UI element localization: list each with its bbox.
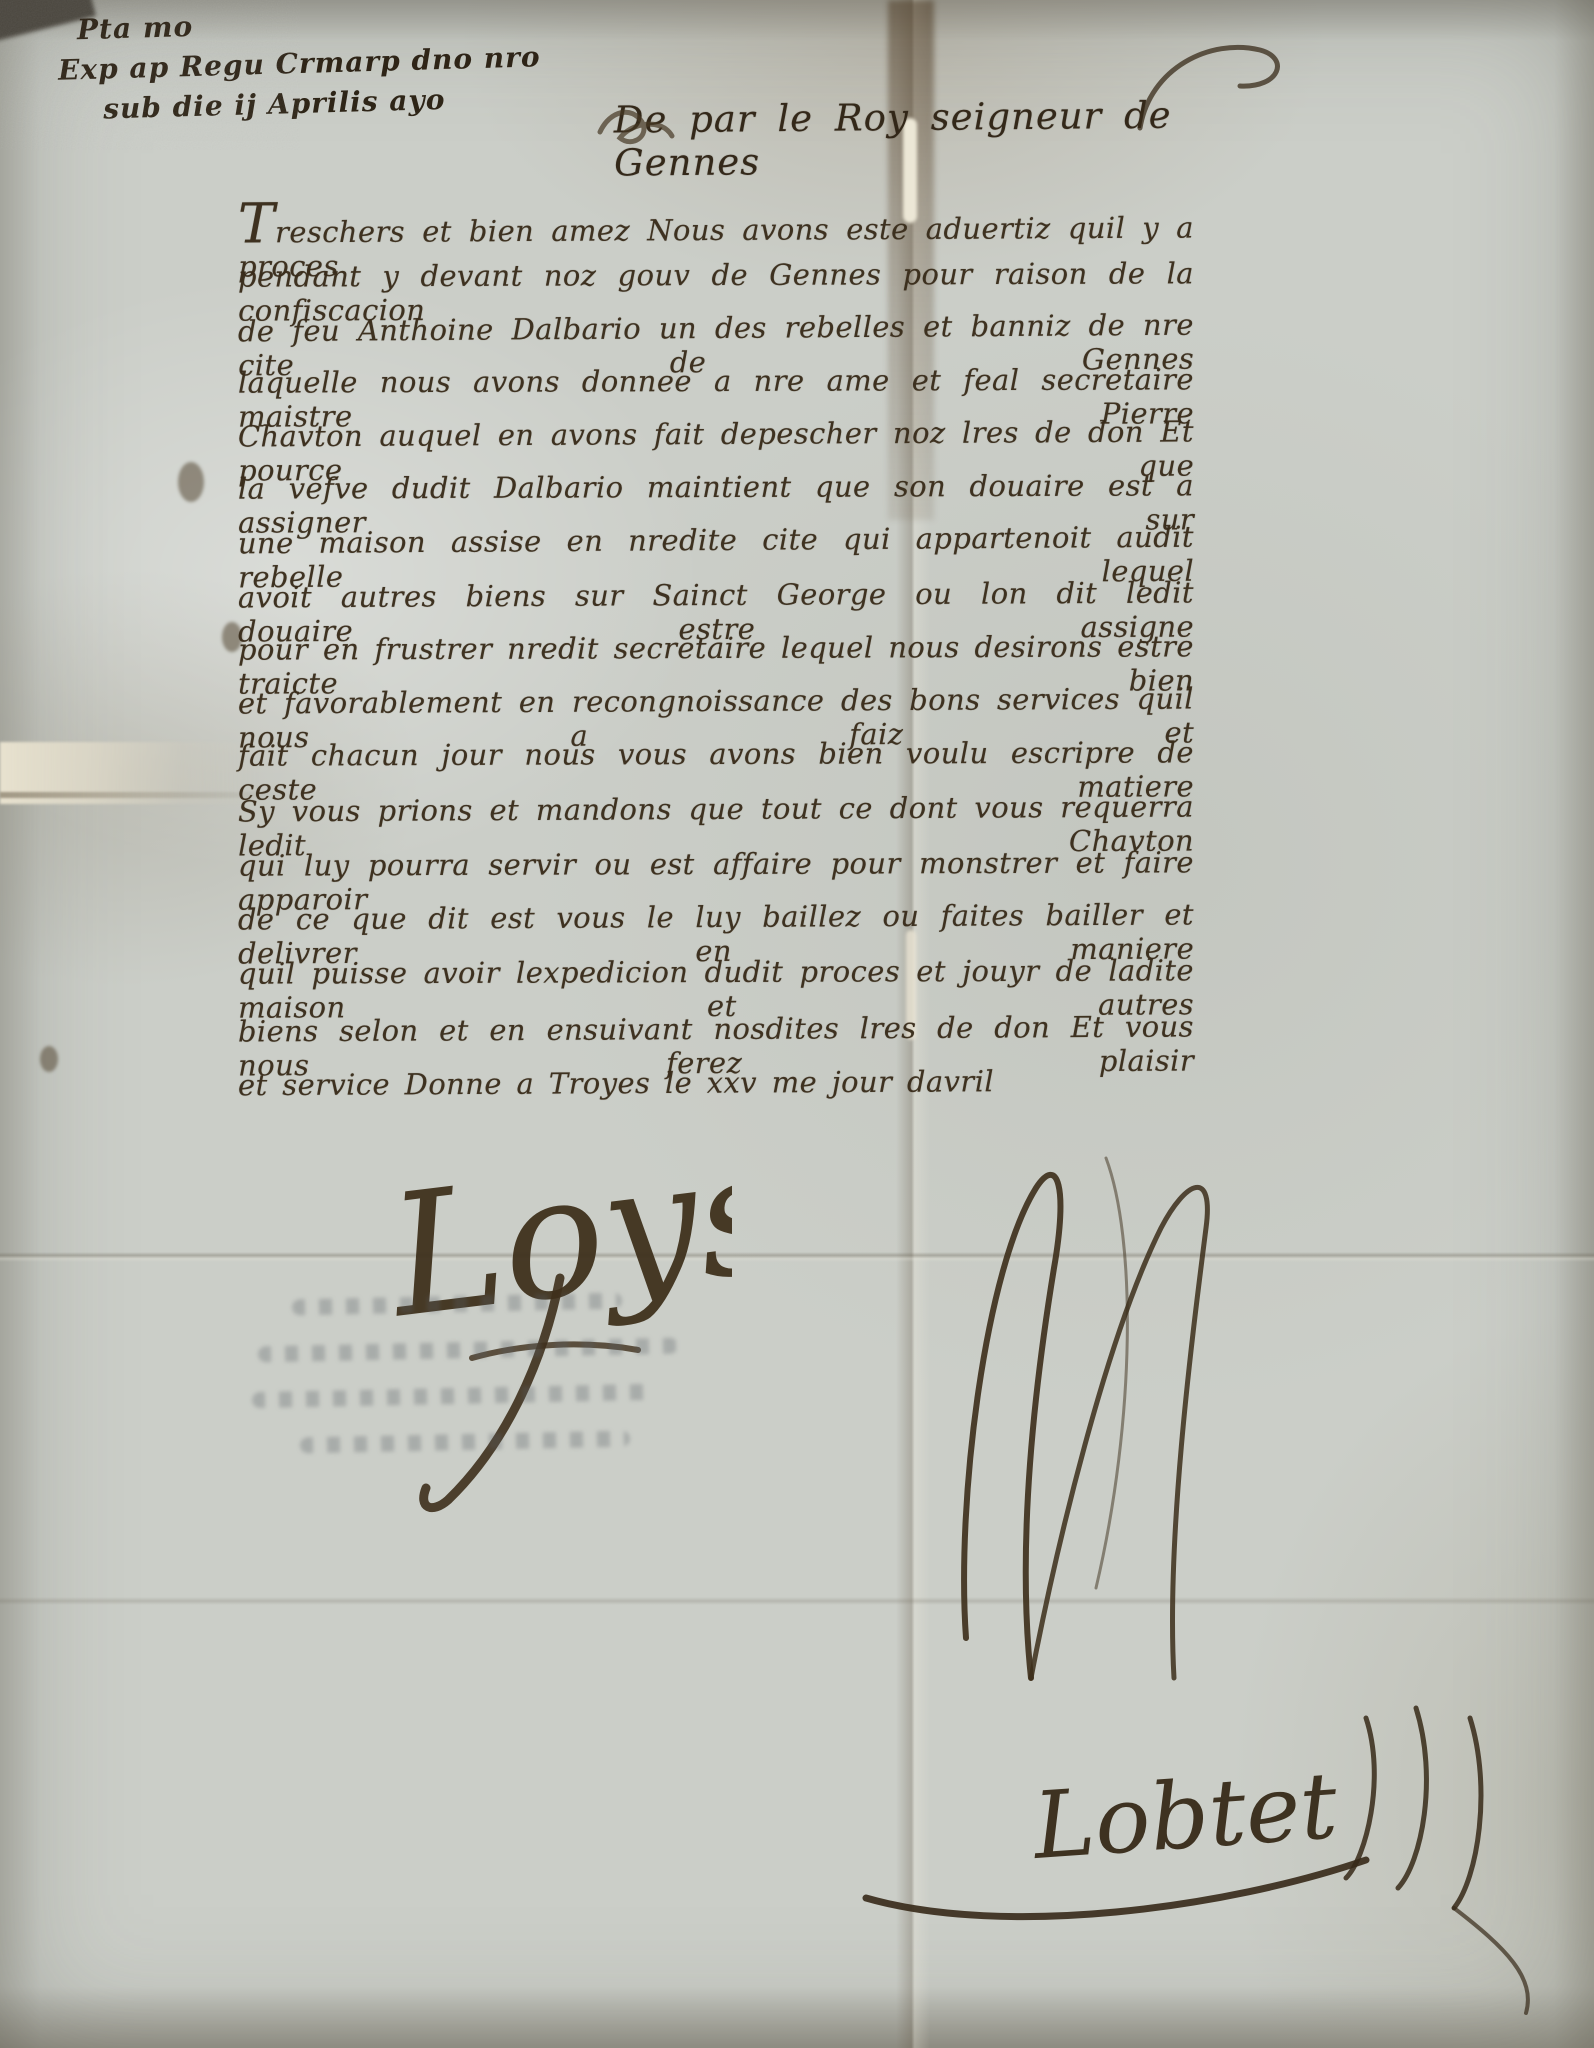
- docket-tail-flourish: [592, 92, 682, 162]
- manuscript-page-photo: Pta mo Exp ap Regu Crmarp dno nro sub di…: [0, 0, 1594, 2048]
- royal-signature: Loys: [352, 1108, 732, 1528]
- paraph-hairline: [1096, 1158, 1127, 1588]
- archival-docket: Pta mo Exp ap Regu Crmarp dno nro sub di…: [56, 0, 542, 131]
- paper-chip: [178, 462, 204, 502]
- body-line-dateline: et service Donne a Troyes le xxv me jour…: [238, 1064, 1078, 1102]
- letter-heading: De par le Roy seigneur de Gennes: [614, 93, 1201, 184]
- paper-chip: [40, 1046, 58, 1072]
- secretary-paraph: Lobtet: [806, 1118, 1586, 2028]
- signature-triple-stroke-flourish: [1346, 1708, 1481, 1908]
- secretary-signature-text: Lobtet: [1028, 1752, 1342, 1880]
- heading-swash-flourish: [1120, 28, 1310, 148]
- signature-tail-flourish: [1454, 1908, 1528, 2013]
